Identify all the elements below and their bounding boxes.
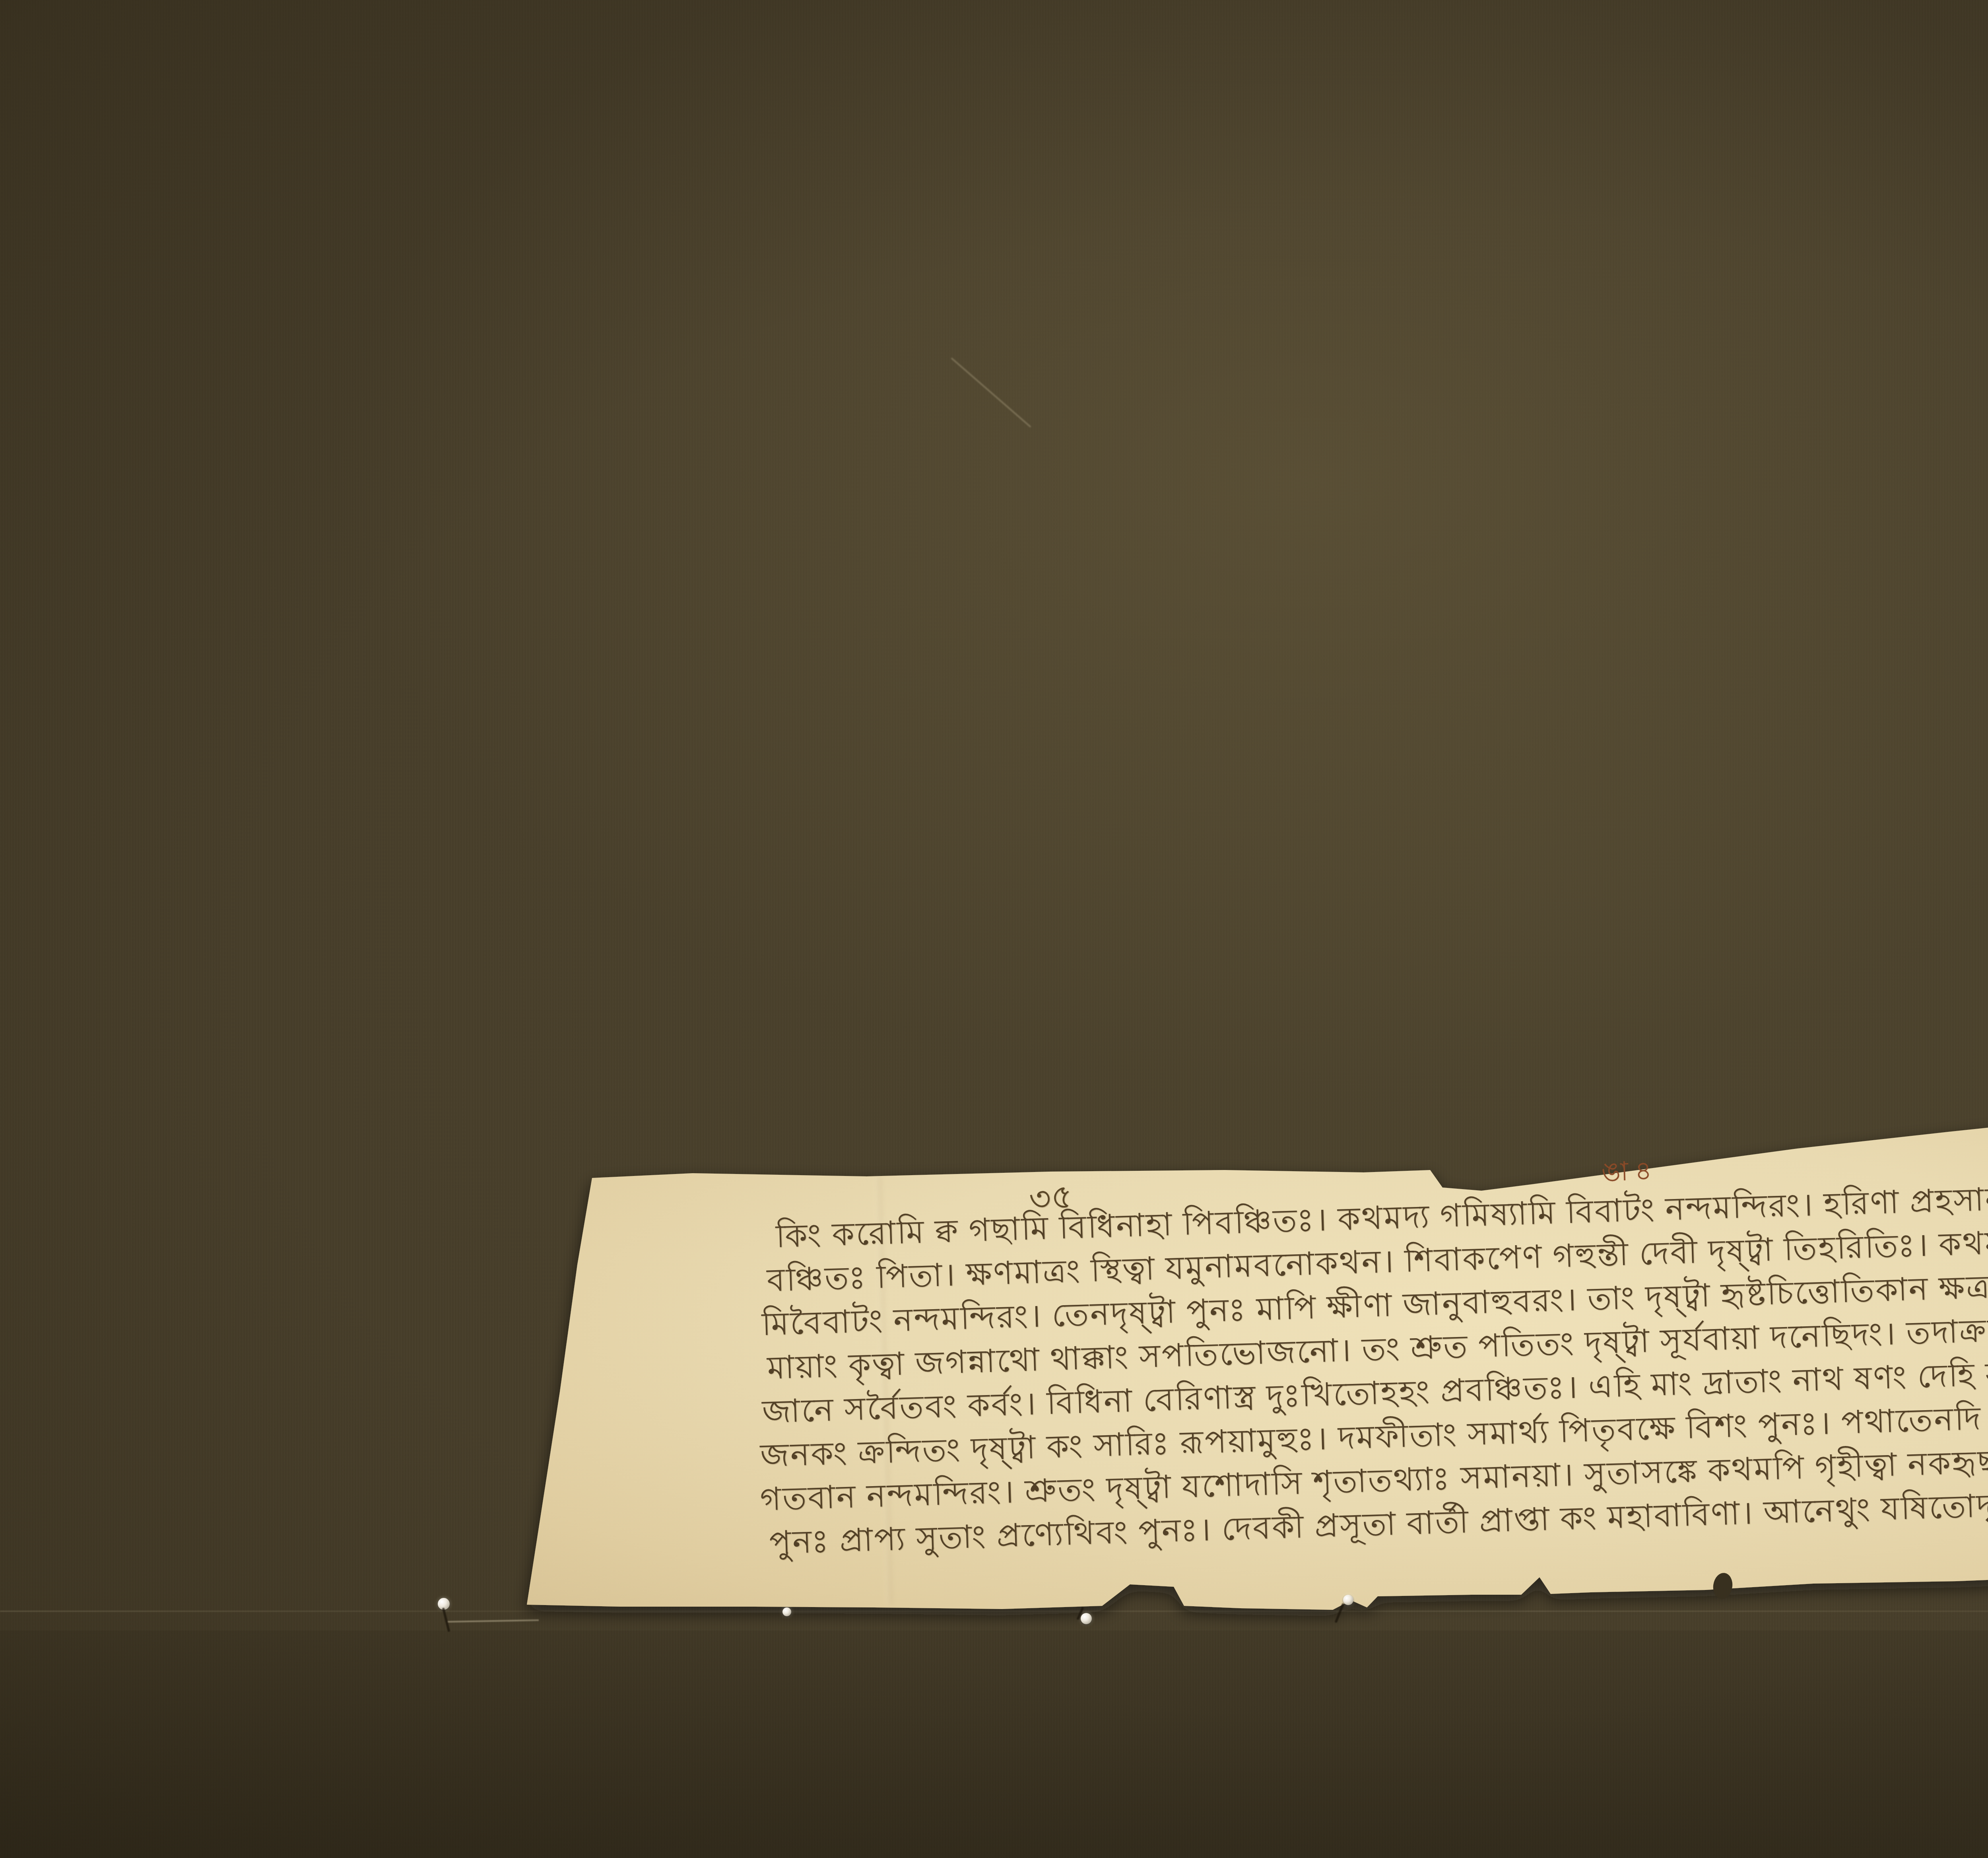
pin bbox=[1081, 1613, 1092, 1624]
pin bbox=[438, 1598, 450, 1610]
pin-head bbox=[782, 1607, 791, 1616]
pin bbox=[1343, 1595, 1353, 1605]
photo-backdrop: ৩৫ ঙা ৪ কিং করোমি ক্ব গছামি বিধিনাহা পিব… bbox=[0, 0, 1988, 1858]
pin-head bbox=[1081, 1613, 1092, 1624]
pin-head bbox=[1343, 1595, 1353, 1605]
folio-mark: ঙা ৪ bbox=[1601, 1151, 1652, 1196]
pin bbox=[782, 1607, 791, 1616]
manuscript-text-block: ৩৫ ঙা ৪ কিং করোমি ক্ব গছামি বিধিনাহা পিব… bbox=[751, 1176, 1988, 1615]
